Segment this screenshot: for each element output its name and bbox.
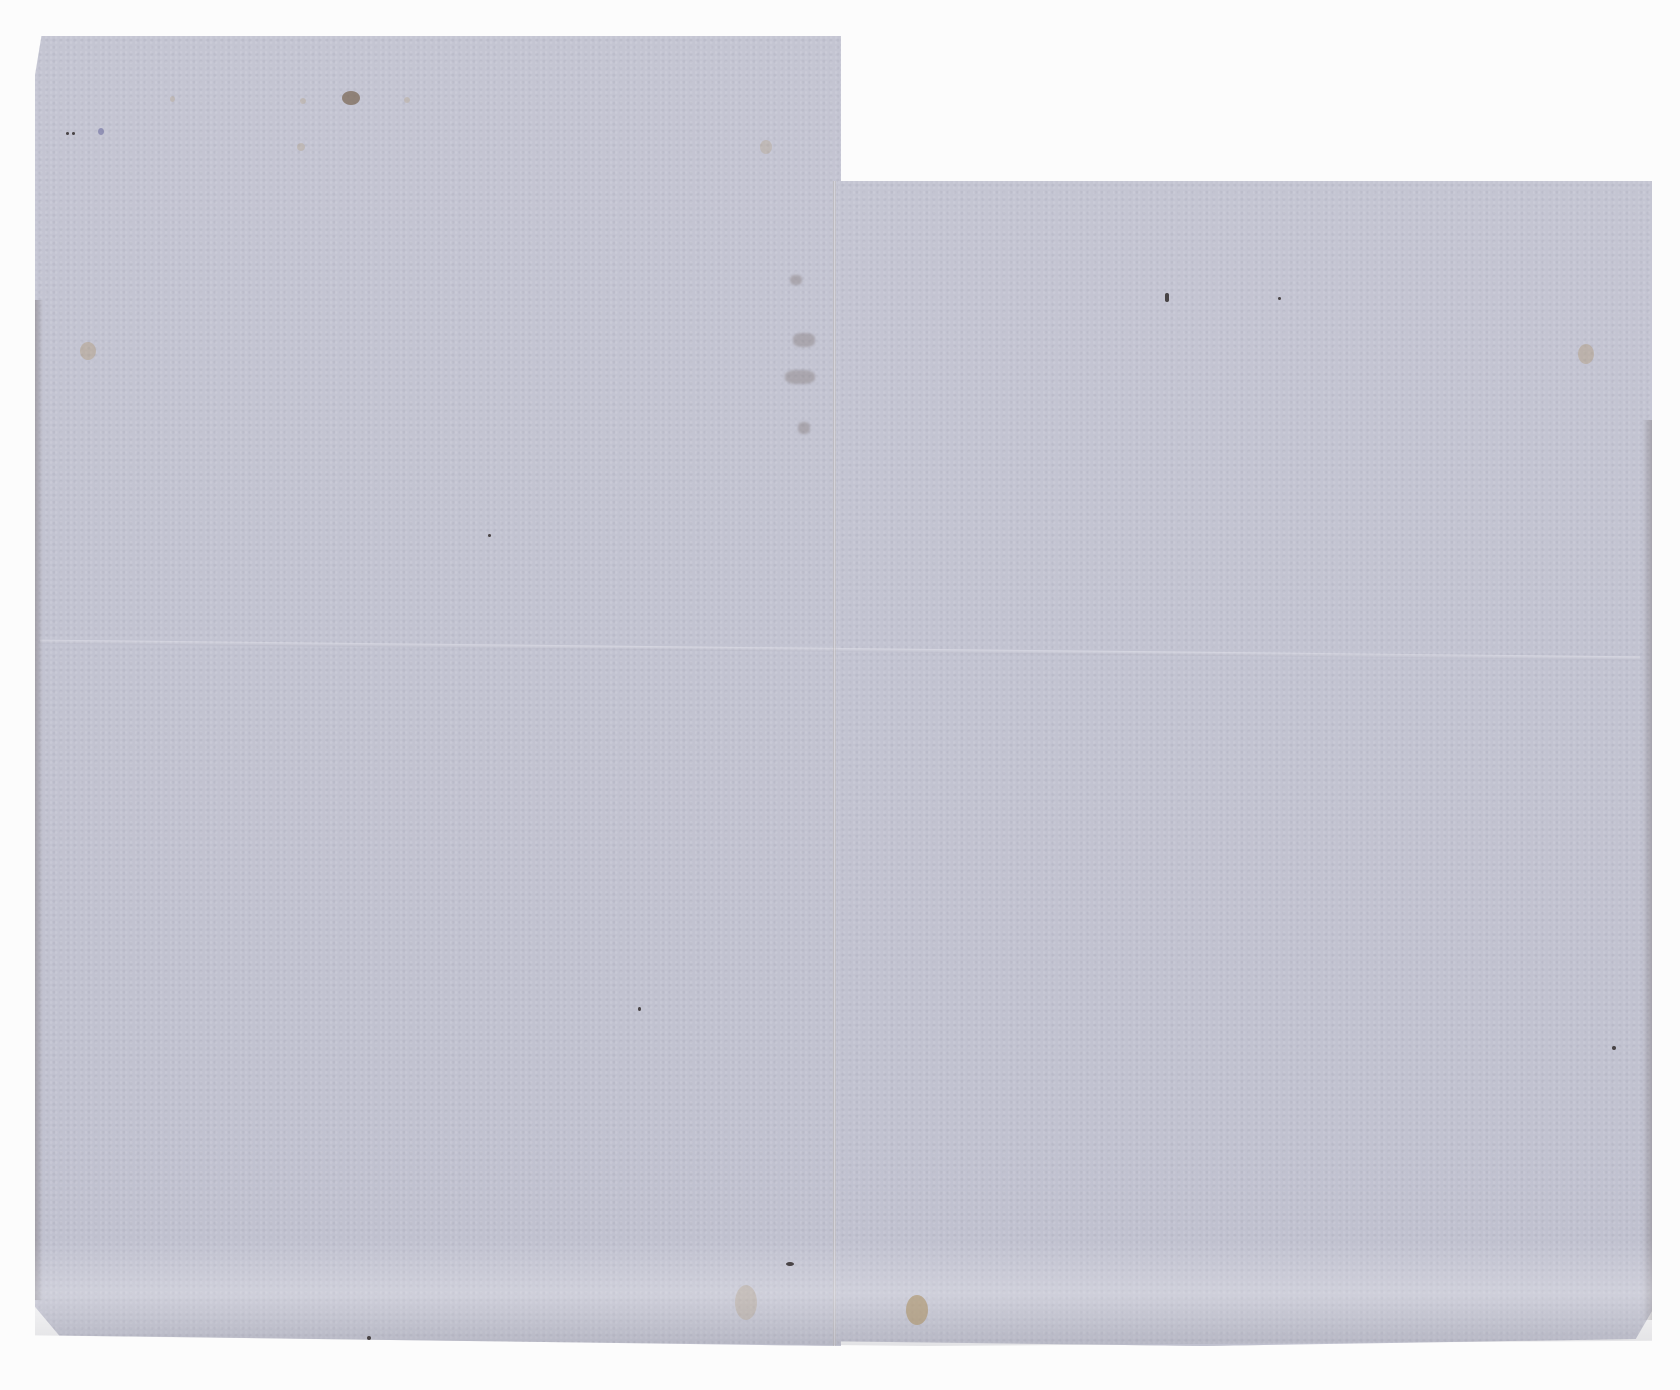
bottom-crumpled-edge [35,1240,1652,1346]
stain-mark [297,143,305,151]
stain-mark [1612,1046,1616,1050]
right-edge-shadow [1642,420,1652,1320]
fold-line [833,181,836,1346]
smudge-mark [790,275,802,285]
smudge-mark [793,333,815,347]
stain-mark [404,97,410,103]
left-leaf [35,36,841,1346]
stain-mark [72,132,75,135]
stain-mark [488,534,491,537]
stain-mark [786,1262,794,1266]
stain-mark [1578,344,1594,364]
stain-mark [300,98,306,104]
stain-mark [367,1336,371,1340]
right-leaf [838,181,1652,1346]
smudge-mark [798,422,810,434]
stain-mark [170,96,175,102]
stain-mark [1278,297,1281,300]
stain-mark [906,1295,928,1325]
stain-mark [66,132,69,135]
stain-mark [342,91,360,105]
stain-mark [735,1285,757,1320]
smudge-mark [785,370,815,384]
stain-mark [80,342,96,360]
stain-mark [98,128,104,135]
stain-mark [760,140,772,154]
left-edge-shadow [35,300,43,1300]
scanned-document [0,0,1680,1390]
stain-mark [1165,293,1169,302]
stain-mark [638,1007,641,1011]
